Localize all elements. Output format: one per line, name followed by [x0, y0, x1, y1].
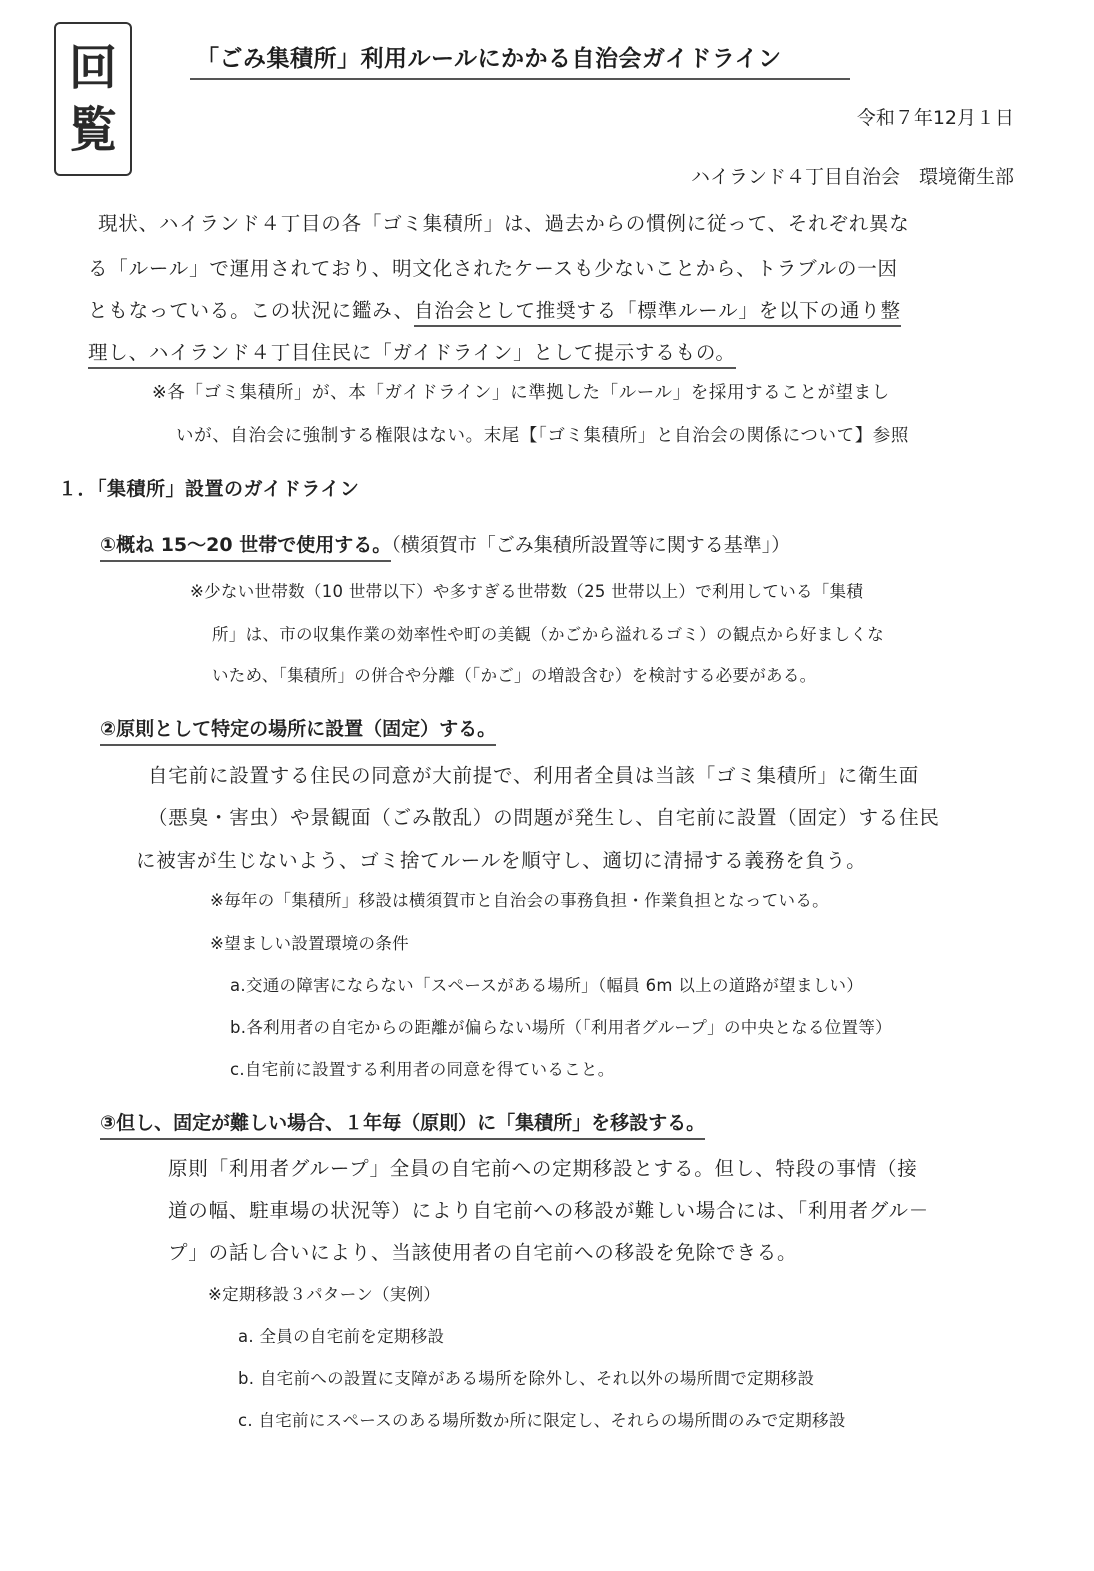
pattern-c: c. 自宅前にスペースのある場所数か所に限定し、それらの場所間のみで定期移設 — [238, 1407, 846, 1431]
item-3-body-line-2: 道の幅、駐車場の状況等）により自宅前への移設が難しい場合には、「利用者グル－ — [168, 1195, 929, 1223]
item-2-title: ②原則として特定の場所に設置（固定）する。 — [100, 718, 496, 746]
intro-line-3: ともなっている。この状況に鑑み、自治会として推奨する「標準ルール」を以下の通り整 — [88, 295, 901, 323]
item-1-note-line-3: いため、「集積所」の併合や分離（「かご」の増設含む）を検討する必要がある。 — [212, 662, 816, 686]
item-1-note-line-2: 所」は、市の収集作業の効率性や町の美観（かごから溢れるゴミ）の観点から好ましくな — [212, 621, 884, 645]
condition-b: b.各利用者の自宅からの距離が偏らない場所（「利用者グループ」の中央となる位置等… — [230, 1014, 892, 1038]
intro-note-line-1: ※各「ゴミ集積所」が、本「ガイドライン」に準拠した「ルール」を採用することが望ま… — [152, 379, 890, 404]
item-2-body-line-1: 自宅前に設置する住民の同意が大前提で、利用者全員は当該「ゴミ集積所」に衛生面 — [148, 760, 919, 788]
item-3-body-line-1: 原則「利用者グループ」全員の自宅前への定期移設とする。但し、特段の事情（接 — [168, 1153, 918, 1181]
intro-line-3-underlined: 自治会として推奨する「標準ルール」を以下の通り整 — [414, 299, 901, 327]
item-2-heading: ②原則として特定の場所に設置（固定）する。 — [100, 714, 496, 741]
title-underline — [190, 78, 850, 80]
pattern-a: a. 全員の自宅前を定期移設 — [238, 1323, 444, 1347]
item-1-heading: ①概ね 15～20 世帯で使用する。（横須賀市「ごみ集積所設置等に関する基準」） — [100, 530, 790, 557]
section-1-heading: １．「集積所」設置のガイドライン — [58, 474, 359, 501]
pattern-b: b. 自宅前への設置に支障がある場所を除外し、それ以外の場所間で定期移設 — [238, 1365, 814, 1389]
item-1-note-line-1: ※少ない世帯数（10 世帯以下）や多すぎる世帯数（25 世帯以上）で利用している… — [190, 578, 863, 602]
condition-a: a.交通の障害にならない「スペースがある場所」（幅員 6m 以上の道路が望ましい… — [230, 972, 863, 996]
stamp-char-2: 覧 — [69, 99, 117, 161]
intro-line-1: 現状、ハイランド４丁目の各「ゴミ集積所」は、過去からの慣例に従って、それぞれ異な — [98, 208, 910, 236]
item-1-reference: （横須賀市「ごみ集積所設置等に関する基準」） — [391, 534, 790, 556]
item-3-body-line-3: プ」の話し合いにより、当該使用者の自宅前への移設を免除できる。 — [168, 1237, 797, 1265]
circulation-stamp: 回 覧 — [54, 22, 132, 176]
item-3-note: ※定期移設３パターン（実例） — [208, 1281, 440, 1305]
item-3-title: ③但し、固定が難しい場合、１年毎（原則）に「集積所」を移設する。 — [100, 1112, 705, 1140]
intro-line-4: 理し、ハイランド４丁目住民に「ガイドライン」として提示するもの。 — [88, 337, 736, 365]
intro-line-3-plain: ともなっている。この状況に鑑み、 — [88, 299, 414, 322]
item-2-note-2: ※望ましい設置環境の条件 — [210, 930, 409, 954]
condition-c: c.自宅前に設置する利用者の同意を得ていること。 — [230, 1056, 615, 1080]
document-title: 「ごみ集積所」利用ルールにかかる自治会ガイドライン — [196, 40, 782, 73]
issuing-organization: ハイランド４丁目自治会 環境衛生部 — [691, 162, 1014, 189]
stamp-char-1: 回 — [69, 37, 117, 99]
item-3-heading: ③但し、固定が難しい場合、１年毎（原則）に「集積所」を移設する。 — [100, 1108, 705, 1135]
intro-line-2: る「ルール」で運用されており、明文化されたケースも少ないことから、トラブルの一因 — [88, 253, 898, 281]
item-2-body-line-3: に被害が生じないよう、ゴミ捨てルールを順守し、適切に清掃する義務を負う。 — [136, 845, 866, 873]
intro-note-line-2: いが、自治会に強制する権限はない。末尾【「ゴミ集積所」と自治会の関係について】参… — [176, 422, 909, 447]
intro-line-4-underlined: 理し、ハイランド４丁目住民に「ガイドライン」として提示するもの。 — [88, 341, 736, 369]
item-1-title: ①概ね 15～20 世帯で使用する。 — [100, 534, 391, 562]
item-2-note-1: ※毎年の「集積所」移設は横須賀市と自治会の事務負担・作業負担となっている。 — [210, 887, 829, 911]
item-2-body-line-2: （悪臭・害虫）や景観面（ごみ散乱）の問題が発生し、自宅前に設置（固定）する住民 — [148, 802, 940, 830]
document-date: 令和７年12月１日 — [857, 103, 1014, 130]
